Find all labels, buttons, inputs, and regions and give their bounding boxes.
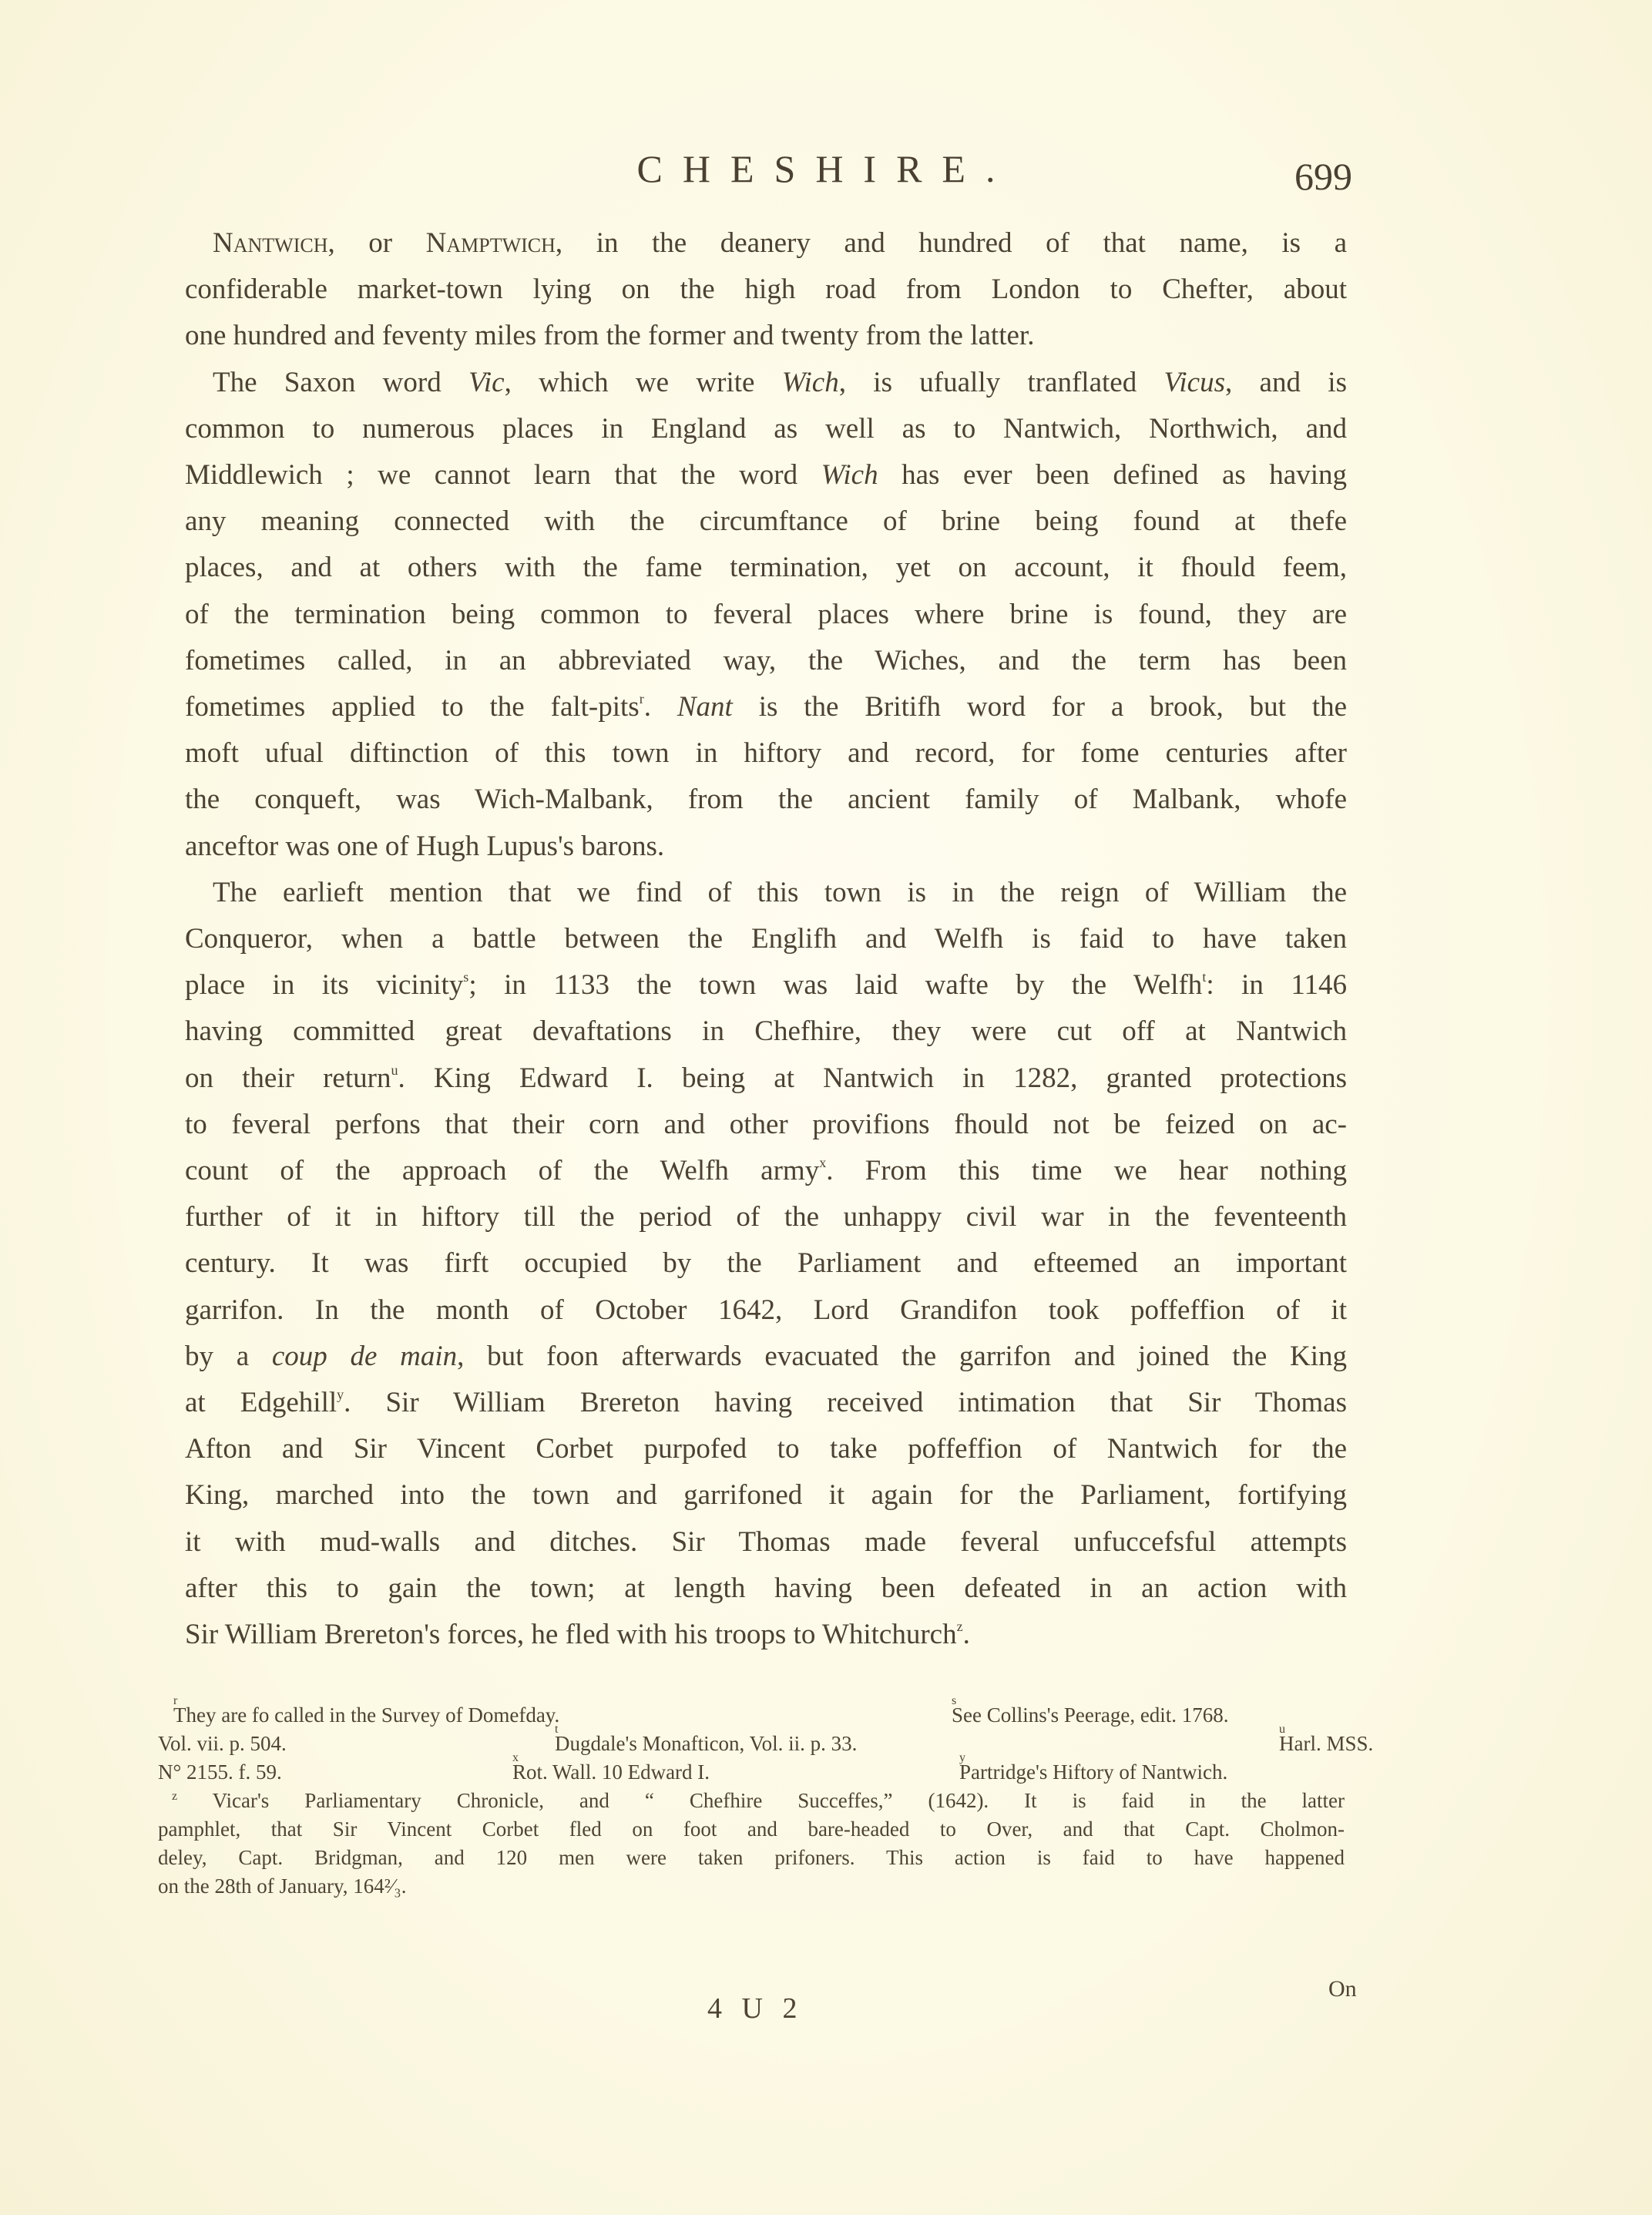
footnote-z-line: deley, Capt. Bridgman, and 120 men were … — [158, 1844, 1345, 1872]
footnote-ref-z: z — [957, 1619, 963, 1634]
footnote-u-continued: N° 2155. f. 59. — [158, 1758, 282, 1787]
page-number: 699 — [1294, 154, 1352, 199]
body-line: Conqueror, when a battle between the Eng… — [185, 916, 1347, 962]
body-line: century. It was firft occupied by the Pa… — [185, 1240, 1347, 1287]
body-line: by a coup de main, but foon afterwards e… — [185, 1334, 1347, 1380]
footnote-s-continued: Vol. vii. p. 504. — [158, 1730, 287, 1758]
footnote-row: Vol. vii. p. 504. t Dugdale's Monafticon… — [158, 1730, 1345, 1758]
body-line: having committed great devaftations in C… — [185, 1008, 1347, 1055]
footnote-z-line: pamphlet, that Sir Vincent Corbet fled o… — [158, 1815, 1345, 1844]
catchword: On — [1328, 1976, 1357, 2002]
body-line: places, and at others with the fame term… — [185, 545, 1347, 591]
body-line: at Edgehilly. Sir William Brereton havin… — [185, 1380, 1347, 1426]
body-line: Middlewich ; we cannot learn that the wo… — [185, 452, 1347, 498]
body-line: count of the approach of the Welfh armyx… — [185, 1148, 1347, 1194]
body-line: anceftor was one of Hugh Lupus's barons. — [185, 824, 1347, 870]
body-line: garrifon. In the month of October 1642, … — [185, 1287, 1347, 1334]
body-line: common to numerous places in England as … — [185, 406, 1347, 452]
body-text: Nantwich, or Namptwich, in the deanery a… — [185, 220, 1347, 1658]
book-page: CHESHIRE. 699 Nantwich, or Namptwich, in… — [0, 0, 1652, 2215]
body-line: The Saxon word Vic, which we write Wich,… — [185, 360, 1347, 406]
body-line: on their returnu. King Edward I. being a… — [185, 1055, 1347, 1102]
body-line: moft ufual diftinction of this town in h… — [185, 730, 1347, 777]
footnote-row: r They are fo called in the Survey of Do… — [158, 1701, 1345, 1730]
footnote-row: N° 2155. f. 59. x Rot. Wall. 10 Edward I… — [158, 1758, 1345, 1787]
signature-mark: 4 U 2 — [707, 1992, 803, 2025]
body-line: after this to gain the town; at length h… — [185, 1566, 1347, 1612]
body-line: any meaning connected with the circumfta… — [185, 498, 1347, 545]
footnote-ref-y: y — [337, 1387, 344, 1402]
body-line: further of it in hiftory till the period… — [185, 1194, 1347, 1240]
body-line: confiderable market-town lying on the hi… — [185, 267, 1347, 313]
body-line: The earlieft mention that we find of thi… — [185, 870, 1347, 916]
footnote-z: z Vicar's Parliamentary Chronicle, and “… — [158, 1787, 1345, 1815]
footnote-ref-x: x — [819, 1155, 826, 1170]
footnotes: r They are fo called in the Survey of Do… — [158, 1701, 1345, 1901]
footnote-z-line: on the 28th of January, 164²⁄₃. — [158, 1872, 1345, 1901]
body-line: of the termination being common to fever… — [185, 592, 1347, 638]
body-line: place in its vicinitys; in 1133 the town… — [185, 962, 1347, 1008]
body-line: fometimes applied to the falt-pitsr. Nan… — [185, 684, 1347, 730]
running-head: CHESHIRE. — [0, 146, 1652, 191]
body-line: the conqueft, was Wich-Malbank, from the… — [185, 777, 1347, 823]
body-line: Nantwich, or Namptwich, in the deanery a… — [185, 220, 1347, 267]
body-line: one hundred and feventy miles from the f… — [185, 313, 1347, 359]
body-line: fometimes called, in an abbreviated way,… — [185, 638, 1347, 684]
body-line: King, marched into the town and garrifon… — [185, 1472, 1347, 1519]
body-line: to feveral perfons that their corn and o… — [185, 1102, 1347, 1148]
body-line: Sir William Brereton's forces, he fled w… — [185, 1612, 1347, 1658]
body-line: Afton and Sir Vincent Corbet purpofed to… — [185, 1426, 1347, 1472]
body-line: it with mud-walls and ditches. Sir Thoma… — [185, 1519, 1347, 1566]
